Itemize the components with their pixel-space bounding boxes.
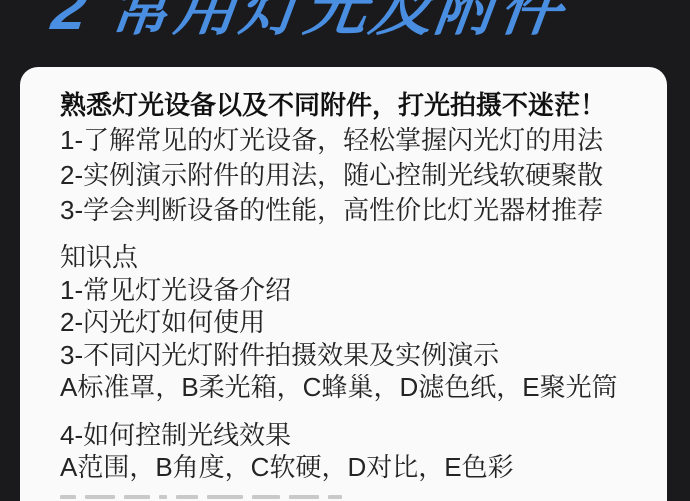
intro-line-3: 3-学会判断设备的性能，高性价比灯光器材推荐 [60,193,641,228]
course-title: 2 常用灯光及附件 [48,0,569,44]
glyph-top-fragment [60,495,76,499]
knowledge-line-3: 3-不同闪光灯附件拍摄效果及实例演示 [60,339,641,372]
glyph-top-fragment [328,495,342,499]
knowledge-line-2: 2-闪光灯如何使用 [60,306,641,339]
control-line-1: 4-如何控制光线效果 [60,419,641,451]
glyph-top-fragment [207,495,243,499]
content-card: 熟悉灯光设备以及不同附件，打光拍摄不迷茫！ 1-了解常见的灯光设备，轻松掌握闪光… [20,67,667,501]
intro-headline: 熟悉灯光设备以及不同附件，打光拍摄不迷茫！ [60,88,641,123]
knowledge-line-1: 1-常见灯光设备介绍 [60,274,641,307]
glyph-top-fragment [159,495,167,499]
control-section: 4-如何控制光线效果 A范围，B角度，C软硬，D对比，E色彩 [60,419,641,483]
glyph-top-fragment [252,495,280,499]
control-line-2: A范围，B角度，C软硬，D对比，E色彩 [60,451,641,483]
knowledge-section: 知识点 1-常见灯光设备介绍 2-闪光灯如何使用 3-不同闪光灯附件拍摄效果及实… [60,241,641,404]
glyph-top-fragment [289,495,319,499]
glyph-top-fragment [124,495,150,499]
intro-line-2: 2-实例演示附件的用法，随心控制光线软硬聚散 [60,158,641,193]
clipped-text-line [60,495,641,499]
intro-section: 熟悉灯光设备以及不同附件，打光拍摄不迷茫！ 1-了解常见的灯光设备，轻松掌握闪光… [60,88,641,228]
intro-line-1: 1-了解常见的灯光设备，轻松掌握闪光灯的用法 [60,123,641,158]
title-strip: 2 常用灯光及附件 [0,0,690,62]
knowledge-line-4: A标准罩，B柔光箱，C蜂巢，D滤色纸，E聚光筒 [60,371,641,404]
knowledge-heading: 知识点 [60,241,641,274]
glyph-top-fragment [85,495,115,499]
glyph-top-fragment [176,495,198,499]
